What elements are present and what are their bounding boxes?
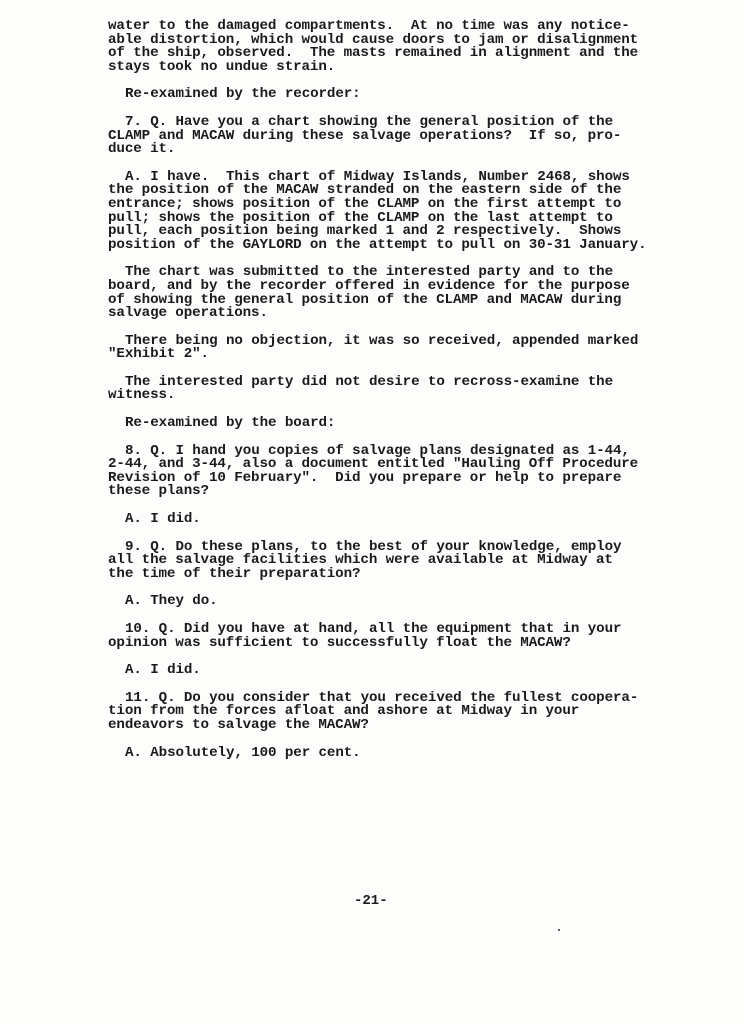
text-line: the time of their preparation?	[108, 568, 678, 582]
text-line: salvage operations.	[108, 307, 678, 321]
page-number: -21-	[354, 893, 388, 909]
text-line: Re-examined by the board:	[108, 417, 678, 431]
document-body: water to the damaged compartments. At no…	[108, 20, 678, 774]
text-line: A. Absolutely, 100 per cent.	[108, 747, 678, 761]
paragraph-continuation: water to the damaged compartments. At no…	[108, 20, 678, 74]
text-line: witness.	[108, 389, 678, 403]
paragraph-a9: A. They do.	[108, 595, 678, 609]
text-line: these plans?	[108, 485, 678, 499]
document-page: water to the damaged compartments. At no…	[0, 0, 744, 1024]
paragraph-no-objection: There being no objection, it was so rece…	[108, 335, 678, 362]
text-line: The interested party did not desire to r…	[108, 376, 678, 390]
paragraph-reexamined-board: Re-examined by the board:	[108, 417, 678, 431]
text-line: position of the GAYLORD on the attempt t…	[108, 239, 678, 253]
text-line: "Exhibit 2".	[108, 348, 678, 362]
text-line: Re-examined by the recorder:	[108, 88, 678, 102]
paragraph-a8: A. I did.	[108, 513, 678, 527]
text-line: CLAMP and MACAW during these salvage ope…	[108, 130, 678, 144]
text-line: A. They do.	[108, 595, 678, 609]
paragraph-reexamined-recorder: Re-examined by the recorder:	[108, 88, 678, 102]
paragraph-q11: 11. Q. Do you consider that you received…	[108, 692, 678, 733]
text-line: A. I did.	[108, 664, 678, 678]
paragraph-a11: A. Absolutely, 100 per cent.	[108, 747, 678, 761]
text-line: A. I did.	[108, 513, 678, 527]
scan-speck	[558, 929, 560, 931]
paragraph-q8: 8. Q. I hand you copies of salvage plans…	[108, 445, 678, 499]
paragraph-a7: A. I have. This chart of Midway Islands,…	[108, 171, 678, 253]
text-line: endeavors to salvage the MACAW?	[108, 719, 678, 733]
paragraph-q10: 10. Q. Did you have at hand, all the equ…	[108, 623, 678, 650]
paragraph-q9: 9. Q. Do these plans, to the best of you…	[108, 541, 678, 582]
paragraph-q7: 7. Q. Have you a chart showing the gener…	[108, 116, 678, 157]
text-line: stays took no undue strain.	[108, 61, 678, 75]
paragraph-interested-party: The interested party did not desire to r…	[108, 376, 678, 403]
paragraph-chart-submitted: The chart was submitted to the intereste…	[108, 266, 678, 320]
text-line: duce it.	[108, 143, 678, 157]
paragraph-a10: A. I did.	[108, 664, 678, 678]
text-line: opinion was sufficient to successfully f…	[108, 637, 678, 651]
